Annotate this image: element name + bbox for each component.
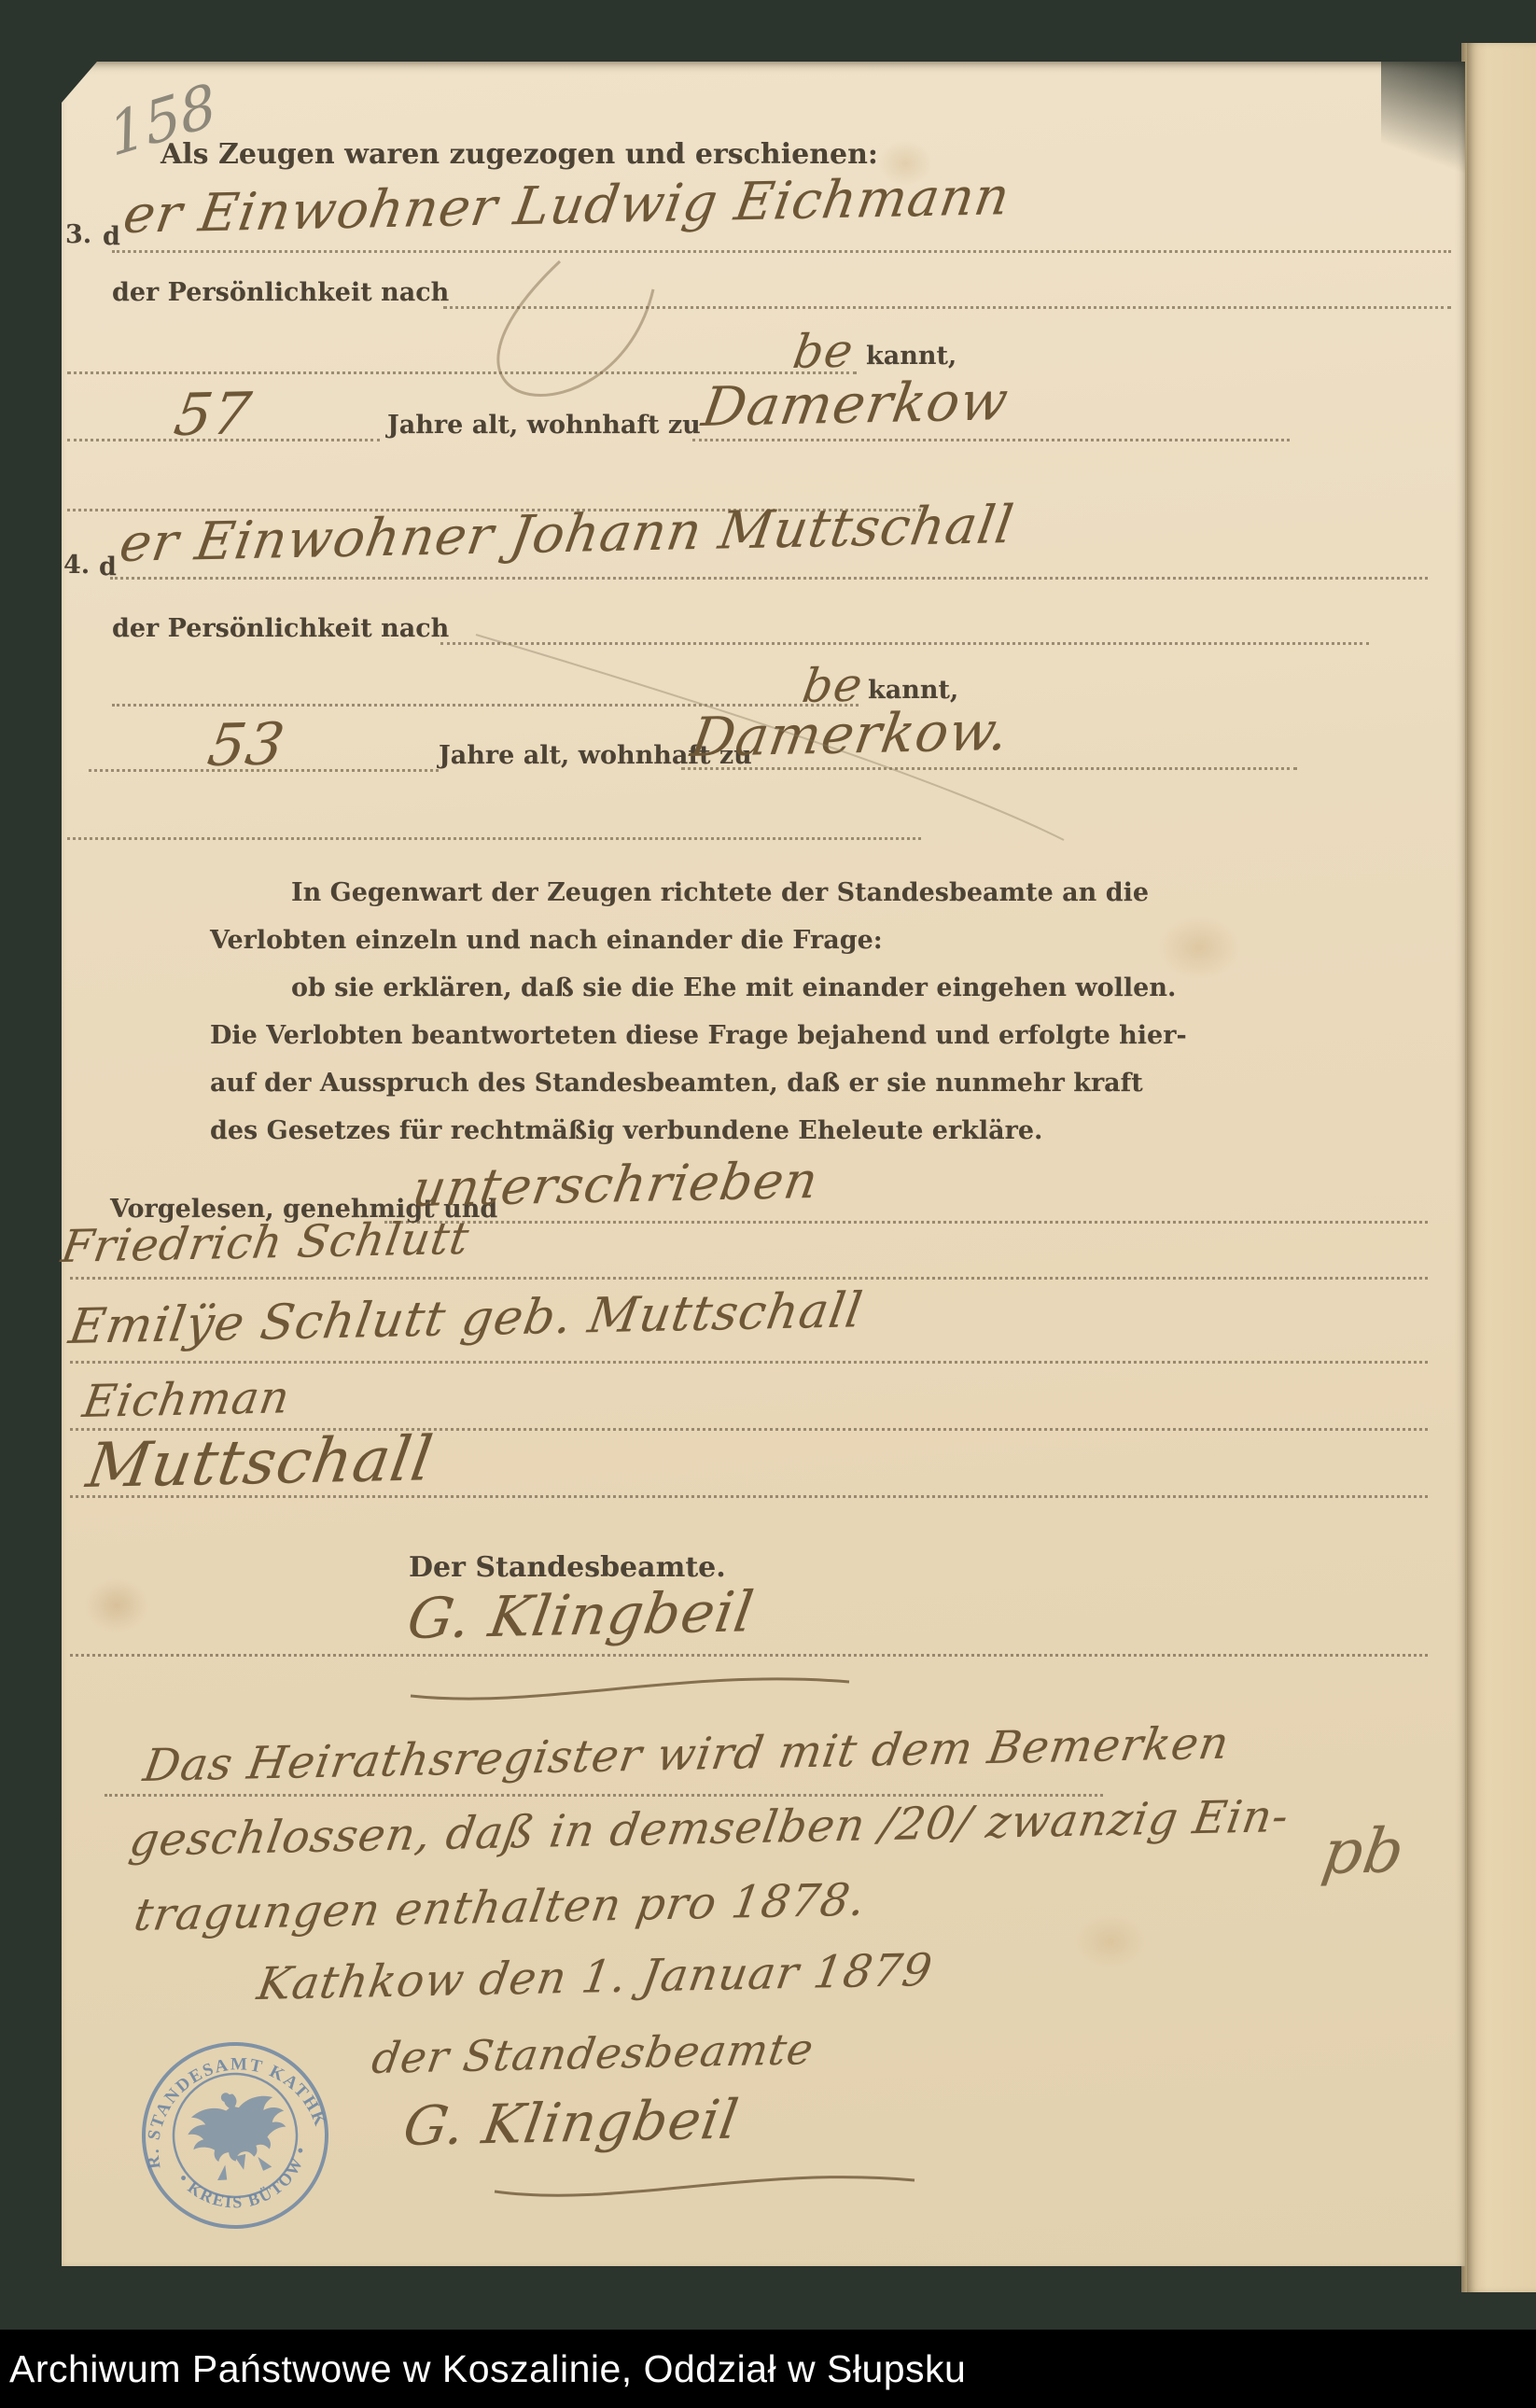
signature-witness-2: Muttschall (82, 1422, 438, 1502)
signature-flourish (485, 2163, 933, 2210)
registrar-label: Der Standesbeamte. (409, 1551, 726, 1584)
declaration-line: In Gegenwart der Zeugen richtete der Sta… (291, 878, 1149, 907)
declaration-line: Die Verlobten beantworteten diese Frage … (210, 1021, 1187, 1050)
declaration-line: ob sie erklären, daß sie die Ehe mit ein… (291, 973, 1176, 1002)
witness3-printed-d: d (103, 222, 120, 251)
dotted-rule (70, 1277, 1428, 1280)
adjacent-page-edge (1467, 43, 1536, 2292)
declaration-line: auf der Ausspruch des Standesbeamten, da… (210, 1069, 1143, 1098)
dotted-rule (70, 1361, 1428, 1364)
closing-note-official-label: der Standesbeamte (369, 2023, 817, 2083)
dotted-rule (70, 1495, 1428, 1498)
closing-note-marginal-mark: pb (1318, 1814, 1410, 1888)
witness4-number: 4. (63, 551, 90, 580)
witness-section-heading: Als Zeugen waren zugezogen und erschiene… (161, 138, 878, 171)
archive-caption-text: Archiwum Państwowe w Koszalinie, Oddział… (0, 2347, 966, 2391)
declaration-line: des Gesetzes für rechtmäßig verbundene E… (210, 1116, 1042, 1145)
acknowledgement-handwriting: unterschrieben (409, 1151, 822, 1218)
declaration-line: Verlobten einzeln und nach einander die … (210, 926, 883, 955)
closing-note-signature: G. Klingbeil (399, 2088, 743, 2158)
archive-caption-bar: Archiwum Państwowe w Koszalinie, Oddział… (0, 2330, 1536, 2408)
signature-witness-1: Eichman (79, 1371, 294, 1428)
registrar-signature: G. Klingbeil (403, 1579, 759, 1652)
stamp-arc-bottom-text: • KREIS BÜTOW • (173, 2140, 322, 2227)
signature-flourish (401, 1663, 868, 1710)
corner-shadow (1381, 62, 1465, 192)
stamp-eagle-icon (180, 2080, 297, 2187)
witness3-number: 3. (65, 220, 91, 249)
signature-groom: Friedrich Schlutt (58, 1212, 473, 1273)
dotted-rule (105, 1794, 1103, 1797)
document-scan: 158 Als Zeugen waren zugezogen und ersch… (0, 0, 1536, 2408)
dotted-rule (384, 1221, 1428, 1224)
dotted-rule (70, 1654, 1428, 1657)
ink-flourish-strokes (280, 233, 1120, 887)
svg-text:• KREIS BÜTOW •: • KREIS BÜTOW • (173, 2140, 322, 2227)
